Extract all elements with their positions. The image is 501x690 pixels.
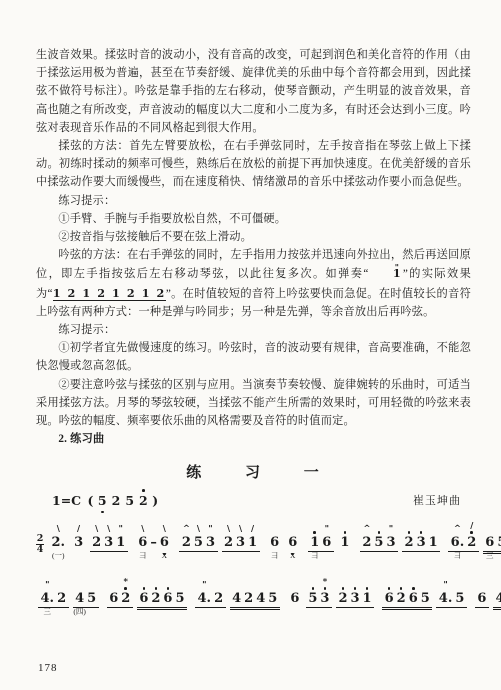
ornament-mark: " bbox=[119, 525, 123, 533]
octave-dot-up bbox=[470, 531, 473, 534]
fingering-mark: (一) bbox=[52, 552, 65, 560]
time-signature: 24 bbox=[36, 535, 44, 554]
measure: 4."24245 bbox=[193, 591, 282, 610]
measure: 2^53"231 bbox=[358, 535, 442, 552]
fingering-mark: 三 bbox=[486, 552, 494, 560]
ornament-mark: \ bbox=[141, 525, 144, 533]
beam-group: 4(四)5 bbox=[73, 591, 99, 608]
yin-tone-example: "1 bbox=[369, 264, 403, 282]
ornament-mark: \ bbox=[197, 525, 200, 533]
note-6: 6三 bbox=[484, 535, 496, 550]
octave-dot-up bbox=[344, 531, 347, 534]
yin-symbol: " bbox=[372, 258, 399, 276]
note-5: 5 bbox=[95, 493, 109, 508]
note-6: 6.^彐 bbox=[449, 535, 466, 550]
book-page: 生波音效果。揉弦时音的波动小，没有音高的改变，可起到润色和美化音符的作用（由于揉… bbox=[0, 0, 501, 690]
measure: 2.\(一)3/2\3\1" bbox=[47, 535, 130, 552]
score-header: 1=C (5252) 崔玉坤曲 bbox=[52, 492, 461, 508]
note-2: 2 bbox=[213, 591, 225, 606]
octave-dot-up bbox=[378, 531, 381, 534]
ornament-mark: / bbox=[470, 522, 473, 530]
octave-dot-down bbox=[101, 511, 104, 514]
note-1: 1/ bbox=[247, 535, 259, 550]
beam-group: 4."5 bbox=[436, 591, 467, 608]
tuning-notes: 5252 bbox=[95, 493, 150, 508]
note-6: 6 bbox=[162, 591, 174, 606]
octave-dot-up bbox=[412, 587, 415, 590]
octave-dot-up bbox=[143, 587, 146, 590]
note-2: 2^ bbox=[180, 535, 192, 550]
paragraph-tip-2-2: ②要注意吟弦与揉弦的区别与应用。当演奏节奏较慢、旋律婉转的乐曲时，可适当采用揉弦… bbox=[36, 376, 471, 431]
note-5: 5\ bbox=[192, 535, 204, 550]
note-3: 3/ bbox=[73, 535, 85, 550]
exercise-title: 练 习 一 bbox=[36, 461, 471, 482]
fingering-mark: X bbox=[290, 552, 295, 560]
note-1: 1 bbox=[339, 535, 351, 550]
octave-dot-up bbox=[124, 587, 127, 590]
beam-group: 3/ bbox=[72, 535, 86, 551]
paragraph-practice-tips-2: 练习提示： bbox=[36, 321, 471, 339]
beam-group: 231 bbox=[336, 591, 374, 608]
beam-group: 6三5 bbox=[483, 535, 501, 554]
note-5: 5 bbox=[267, 591, 279, 606]
note-2: 2/ bbox=[466, 535, 478, 550]
note-3: 3" bbox=[385, 535, 397, 550]
beam-group: 2^53" bbox=[360, 535, 398, 552]
note-2: 2 bbox=[337, 591, 349, 606]
beam-group: 2\3\1/ bbox=[222, 535, 260, 552]
beam-group: 4."三2 bbox=[38, 591, 69, 608]
paragraph-rouxian-intro: 生波音效果。揉弦时音的波动小，没有音高的改变，可起到润色和美化音符的作用（由于揉… bbox=[36, 46, 471, 137]
note-6: 6\X bbox=[158, 535, 170, 550]
beam-group: 1 bbox=[338, 535, 352, 551]
note-6: 6\彐 bbox=[137, 535, 149, 550]
fingering-mark: 彐 bbox=[311, 552, 319, 560]
note-1: 1彐 bbox=[309, 535, 321, 550]
note-1: 1 bbox=[427, 535, 439, 550]
note-6: 6 bbox=[138, 591, 150, 606]
measure: 62654."5 bbox=[380, 591, 469, 610]
ornament-mark: * bbox=[323, 578, 327, 586]
beam-group: 4."2 bbox=[195, 591, 226, 608]
octave-dot-up bbox=[354, 587, 357, 590]
note-5: 5 bbox=[86, 591, 98, 606]
ornament-mark: " bbox=[443, 581, 447, 589]
note-3: 3* bbox=[319, 591, 331, 606]
key-text: 1=C bbox=[52, 493, 81, 508]
octave-dot-up bbox=[155, 587, 158, 590]
beam-group: 6X bbox=[286, 535, 300, 551]
note-2: 2 bbox=[395, 591, 407, 606]
note-5: 5 bbox=[496, 535, 501, 550]
note-2: 2.\(一) bbox=[50, 535, 67, 550]
ornament-mark: / bbox=[251, 525, 254, 533]
ornament-mark: / bbox=[77, 525, 80, 533]
ornament-mark: \ bbox=[163, 525, 166, 533]
paragraph-tip-1-1: ①手臂、手腕与手指要放松自然，不可僵硬。 bbox=[36, 210, 471, 228]
octave-dot-up bbox=[366, 587, 369, 590]
note-6: 6 bbox=[476, 591, 488, 606]
note-2: 2 bbox=[109, 493, 123, 508]
beam-group: 6265 bbox=[137, 591, 187, 610]
note-5: 5 bbox=[307, 591, 319, 606]
fingering-mark: 彐 bbox=[271, 552, 279, 560]
ornament-mark: ^ bbox=[363, 525, 370, 533]
ornament-mark: \ bbox=[239, 525, 242, 533]
note-6: 6 bbox=[407, 591, 419, 606]
note-5: 5 bbox=[454, 591, 466, 606]
note-3: 3\ bbox=[235, 535, 247, 550]
note-2: 2 bbox=[56, 591, 68, 606]
ornament-mark: \ bbox=[107, 525, 110, 533]
score-line-2: 4."三24(四)562*62654."24245653*23162654."5… bbox=[36, 578, 471, 628]
beam-group: 2.\(一) bbox=[49, 535, 68, 551]
octave-dot-up bbox=[313, 531, 316, 534]
note-3: 3\ bbox=[103, 535, 115, 550]
measure: 62*6265 bbox=[105, 591, 189, 610]
ornament-mark: \ bbox=[57, 525, 60, 533]
body-text: 生波音效果。揉弦时音的波动小，没有音高的改变，可起到润色和美化音符的作用（由于揉… bbox=[36, 46, 471, 448]
note-6: 6 bbox=[289, 591, 301, 606]
note-4: 4(四) bbox=[74, 591, 86, 606]
measure: 6\彐–6\X bbox=[134, 535, 174, 551]
yin-effect-notes: 1 2 1 2 1 2 1 2 bbox=[53, 286, 166, 301]
beam-group: 6 bbox=[475, 591, 489, 608]
ornament-mark: ^ bbox=[183, 525, 190, 533]
beam-group: 4245 bbox=[230, 591, 280, 610]
note-2: 2 bbox=[150, 591, 162, 606]
note-2: 2 bbox=[403, 535, 415, 550]
fingering-mark: 三 bbox=[44, 608, 52, 616]
octave-dot-up bbox=[388, 587, 391, 590]
ornament-mark: " bbox=[208, 525, 212, 533]
ornament-mark: " bbox=[202, 581, 206, 589]
beam-group: 2\3\1" bbox=[90, 535, 128, 552]
beam-group: 6265 bbox=[382, 591, 432, 610]
measure: 4."三24(四)5 bbox=[36, 591, 101, 608]
fingering-mark: (四) bbox=[73, 608, 86, 616]
ornament-mark: \ bbox=[227, 525, 230, 533]
octave-dot-up bbox=[408, 531, 411, 534]
jianpu-score: 242.\(一)3/2\3\1"6\彐–6\X2^5\3"2\3\1/6彐6X1… bbox=[36, 522, 471, 628]
paragraph-practice-tips-1: 练习提示： bbox=[36, 192, 471, 210]
measure: 1彐6"1 bbox=[306, 535, 354, 552]
beam-group: 2^5\3" bbox=[179, 535, 217, 552]
note-6: 6彐 bbox=[269, 535, 281, 550]
note-4: 4." bbox=[196, 591, 213, 606]
beam-group: 62* bbox=[107, 591, 133, 608]
beam-group: 46 bbox=[493, 591, 501, 610]
note-3: 3" bbox=[204, 535, 216, 550]
paragraph-tip-2-1: ①初学者宜先做慢速度的练习。吟弦时，音的波动要有规律，音高要准确，不能忽快忽慢或… bbox=[36, 339, 471, 375]
measure: 6彐6X bbox=[266, 535, 302, 551]
beam-group: 53* bbox=[306, 591, 332, 608]
note-2: 2 bbox=[243, 591, 255, 606]
octave-dot-up bbox=[312, 587, 315, 590]
note-4: 4." bbox=[437, 591, 454, 606]
note-4: 4."三 bbox=[39, 591, 56, 606]
note-2: 2* bbox=[120, 591, 132, 606]
composer: 崔玉坤曲 bbox=[413, 492, 461, 508]
ornament-mark: " bbox=[325, 525, 329, 533]
octave-dot-up bbox=[420, 531, 423, 534]
beam-group: 6彐 bbox=[268, 535, 282, 551]
note-5: 5 bbox=[373, 535, 385, 550]
ornament-mark: * bbox=[124, 578, 128, 586]
ornament-mark: ^ bbox=[454, 525, 461, 533]
octave-dot-up bbox=[142, 489, 145, 492]
note-5: 5 bbox=[174, 591, 186, 606]
note-2: 2\ bbox=[223, 535, 235, 550]
note-6: 6 bbox=[383, 591, 395, 606]
measure: 2^5\3"2\3\1/ bbox=[177, 535, 261, 552]
beam-group: 231 bbox=[402, 535, 440, 552]
note-2: 2^ bbox=[361, 535, 373, 550]
paragraph-rouxian-method: 揉弦的方法：首先左臂要放松，在右手弹弦同时，左手按音指在琴弦上做上下揉动。初练时… bbox=[36, 137, 471, 192]
beam-group: 1彐6" bbox=[308, 535, 334, 552]
paragraph-tip-1-2: ②按音指与弦接触后不要在弦上滑动。 bbox=[36, 228, 471, 246]
tuning-paren-open: ( bbox=[85, 493, 95, 508]
fingering-mark: 彐 bbox=[454, 552, 462, 560]
note-2: 2\ bbox=[91, 535, 103, 550]
key-signature: 1=C (5252) bbox=[52, 493, 160, 508]
note-1: 1" bbox=[115, 535, 127, 550]
note-6: 6" bbox=[321, 535, 333, 550]
ornament-mark: " bbox=[45, 581, 49, 589]
octave-dot-up bbox=[342, 587, 345, 590]
ornament-mark: \ bbox=[95, 525, 98, 533]
note-5: 5 bbox=[419, 591, 431, 606]
dash-note: – bbox=[149, 535, 159, 550]
octave-dot-up bbox=[324, 587, 327, 590]
ornament-mark: " bbox=[389, 525, 393, 533]
beam-group: 6\彐–6\X bbox=[136, 535, 172, 551]
note-6: 6 bbox=[108, 591, 120, 606]
score-line-1: 242.\(一)3/2\3\1"6\彐–6\X2^5\3"2\3\1/6彐6X1… bbox=[36, 522, 471, 572]
beam-group: 6 bbox=[288, 591, 302, 607]
fingering-mark: 彐 bbox=[139, 552, 147, 560]
tuning-paren-close: ) bbox=[150, 493, 160, 508]
fingering-mark: X bbox=[162, 552, 167, 560]
note-3: 3 bbox=[415, 535, 427, 550]
measure: 6.^彐2/6三5–4" bbox=[446, 535, 501, 554]
page-number: 178 bbox=[38, 662, 58, 674]
note-5: 5 bbox=[123, 493, 137, 508]
note-4: 4 bbox=[494, 591, 501, 606]
beam-group: 6.^彐2/ bbox=[448, 535, 479, 552]
note-4: 4 bbox=[231, 591, 243, 606]
note-2: 2 bbox=[137, 493, 151, 508]
paragraph-yinxian-method: 吟弦的方法：在右手弹弦的同时，左手指用力按弦并迅速向外拉出，然后再送回原位，即左… bbox=[36, 246, 471, 321]
note-6: 6X bbox=[287, 535, 299, 550]
octave-dot-up bbox=[167, 587, 170, 590]
measure: 6465643 bbox=[473, 591, 501, 610]
section-heading-etudes: 2. 练习曲 bbox=[36, 430, 471, 448]
octave-dot-up bbox=[400, 587, 403, 590]
note-3: 3 bbox=[349, 591, 361, 606]
measure: 653*231 bbox=[286, 591, 376, 608]
note-1: 1 bbox=[361, 591, 373, 606]
note-4: 4 bbox=[255, 591, 267, 606]
